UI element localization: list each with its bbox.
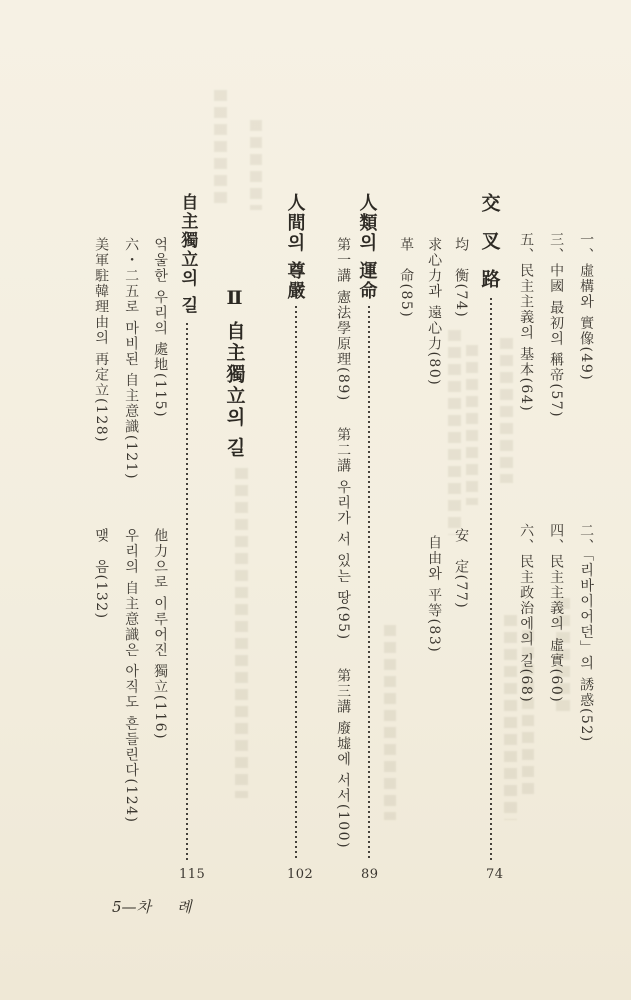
bleed-through-ghost bbox=[504, 615, 517, 820]
bleed-through-ghost bbox=[214, 90, 227, 205]
bleed-through-ghost bbox=[384, 625, 396, 820]
toc-item: 맺 음(132) bbox=[93, 528, 108, 620]
dotted-leader bbox=[186, 323, 188, 860]
part-title: Ⅱ 自主獨立의 길 bbox=[224, 287, 245, 459]
toc-item: 他力으로 이루어진 獨立(116) bbox=[152, 528, 167, 740]
toc-item: 四、民主主義의 虛實(60) bbox=[548, 523, 563, 703]
toc-item: 求心力과 遠心力(80) bbox=[426, 237, 441, 386]
toc-item: 第三講 廢墟에 서서(100) bbox=[335, 668, 350, 849]
bleed-through-ghost bbox=[235, 468, 248, 798]
chapter-page-number: 74 bbox=[486, 867, 504, 882]
dotted-leader bbox=[368, 306, 370, 860]
chapter-title-independence: 自主獨立의 길 bbox=[178, 193, 196, 315]
toc-item: 억울한 우리의 處地(115) bbox=[152, 237, 167, 418]
toc-item: 一、虛構와 實像(49) bbox=[578, 232, 593, 381]
chapter-page-number: 115 bbox=[179, 867, 205, 882]
chapter-page-number: 102 bbox=[287, 867, 313, 882]
toc-page: 一、虛構와 實像(49) 二、「리바이어던」의 誘惑(52) 三、中國 最初의 … bbox=[0, 0, 631, 1000]
bleed-through-ghost bbox=[448, 330, 461, 535]
bleed-through-ghost bbox=[250, 120, 262, 210]
toc-item: 革 命(85) bbox=[398, 237, 413, 318]
dotted-leader bbox=[295, 306, 297, 860]
bleed-through-ghost bbox=[500, 338, 513, 483]
footer-toc-label: 례 bbox=[177, 896, 192, 917]
chapter-title-dignity: 人間의 尊嚴 bbox=[285, 193, 304, 301]
toc-item: 二、「리바이어던」의 誘惑(52) bbox=[578, 523, 593, 743]
chapter-title-destiny: 人類의 運命 bbox=[357, 193, 376, 301]
toc-item: 美軍駐韓理由의 再定立(128) bbox=[93, 237, 108, 443]
toc-item: 五、民主主義의 基本(64) bbox=[518, 232, 533, 412]
toc-item: 安 定(77) bbox=[453, 528, 468, 609]
footer-page-label: 5—차 bbox=[112, 896, 151, 917]
chapter-title-crossroads: 交叉路 bbox=[479, 193, 500, 307]
bleed-through-ghost bbox=[466, 345, 478, 505]
toc-item: 第一講 憲法學原理(89) bbox=[335, 237, 350, 402]
dotted-leader bbox=[490, 298, 492, 860]
toc-item: 우리의 自主意識은 아직도 흔들린다(124) bbox=[123, 528, 138, 824]
toc-item: 自由와 平等(83) bbox=[426, 535, 441, 653]
toc-item: 六、民主政治에의 길(68) bbox=[518, 523, 533, 703]
toc-item: 六・二五로 마비된 自主意識(121) bbox=[123, 237, 138, 480]
page-footer: 5—차 례 bbox=[112, 896, 192, 917]
toc-item: 第二講 우리가 서 있는 땅(95) bbox=[335, 427, 350, 641]
toc-item: 三、中國 最初의 稱帝(57) bbox=[548, 232, 563, 418]
toc-item: 均 衡(74) bbox=[453, 237, 468, 318]
chapter-page-number: 89 bbox=[361, 867, 379, 882]
